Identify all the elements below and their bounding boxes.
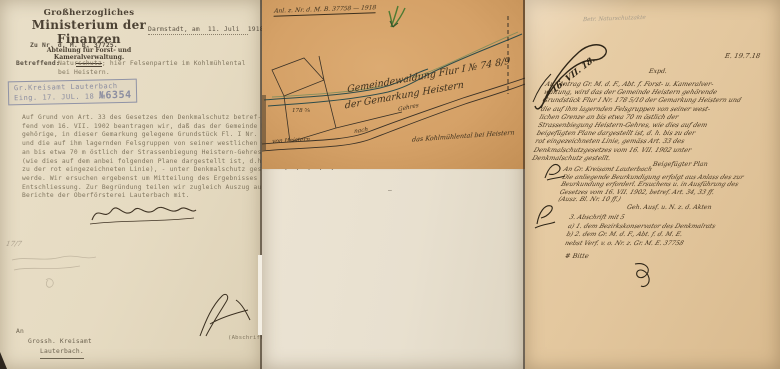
text-line: Entschliessung. Zur Begründung teilen wi… [22,184,256,193]
margin-paraph-2 [531,200,557,230]
map-sheet: Anl. z. Nr. d. M. B. 37758 — 1918 Gemein… [262,0,525,169]
text-line: Strassenbiegung Heistern-Gehres, wie die… [537,121,776,129]
text-line: a) 1. dem Bezirkskonservator des Denkmal… [566,223,780,232]
pencil-scribble [10,252,100,292]
address-office: Grossh. Kreisamt [28,338,92,347]
text-line: gehörige, in dieser Gemarkung gelegene G… [22,131,256,140]
text-line: Denkmalschutzgesetzes vom 16. VII. 1902 … [532,146,771,154]
corner-note: Betr. Naturschutzakte [583,15,646,23]
scan-dark-corner [0,352,7,369]
letter-page-left: Großherzogliches Ministerium der Finanze… [0,0,262,369]
separator-dash: — [388,186,392,195]
received-date: E. 19.7.18 [724,52,761,60]
decree-text: Auf Antrag Gr. M. d. F., Abt. f. Forst- … [532,80,780,162]
text-line: werde. Wir ersuchen ergebenst um Mitteil… [22,175,256,184]
address-an: An [16,328,24,337]
text-line: (wie dies auf dem anbei folgenden Plane … [22,158,256,167]
parcel-number: 178 ⅝ [292,108,310,114]
expedited-note: Expd. [648,68,667,75]
address-city: Lauterbach. [40,348,84,359]
text-line: Auf Antrag Gr. M. d. F., Abt. f. Forst- … [544,80,780,88]
text-line: an bis etwa 70 m östlich der Strassenbie… [22,149,256,158]
ausfertigung-note: Geh. Ausf. u. N. z. d. Akten [626,204,712,211]
bitte-note: # Bitte [564,252,589,260]
document-scan: Großherzogliches Ministerium der Finanze… [0,0,780,369]
entry-stamp: Gr.Kreisamt Lauterbach Eing. 17. JUL. 18… [8,79,138,106]
pencil-note: 17/7 [5,240,22,248]
text-line: nebst Verf. v. o. Nr. z. Gr. M. E. 37758 [563,240,780,249]
text-line: zu der rot eingezeichneten Linie), - unt… [22,166,256,175]
text-line: fend vom 16. VII. 1902 beantragen wir, d… [22,123,256,132]
dispatch-list: 3. Abschrift mit 5a) 1. dem Bezirkskonse… [564,214,780,248]
text-line: und die auf ihm lagernden Felsgruppen vo… [22,140,256,149]
signature-scribble [88,200,198,228]
kreisamt-text: An Gr. Kreisamt LauterbachDie anliegende… [558,166,780,204]
text-line: Beurkundung erforderl. Ersuchens u. in A… [560,181,780,189]
draft-page-right: Betr. Naturschutzakte 16. VII. 18. E. 19… [525,0,780,369]
date-underline [148,34,248,35]
letterhead-line1: Großherzogliches [14,8,164,18]
reference-number: Zu Nr. d. M. B. 37725. [30,42,118,51]
excerpt-page-middle: Auszugsweise Abschrift. Ministerium der … [262,0,525,369]
subject-text: Naturschutz; hier Felsenpartie im Kohlmü… [58,60,256,77]
text-line: An Gr. Kreisamt Lauterbach [562,166,780,174]
text-line: Grundstück Flur I Nr. 178 5/10 der Gemar… [541,96,780,104]
text-line: 3. Abschrift mit 5 [568,214,780,223]
text-line: lichen Grenze an bis etwa 70 m östlich d… [538,113,777,121]
text-line: (Ausz. Bl. Nr. 10 ff.) [557,196,780,204]
text-line: rot eingezeichneten Linie, gemäss Art. 3… [534,137,773,145]
subject-label: Betreffend: [16,60,60,69]
text-line: die auf ihm lagernden Felsgruppen von se… [540,105,779,113]
text-line: Auf Grund von Art. 33 des Gesetzes den D… [22,114,256,123]
stamp-number: №6354 [99,90,132,102]
stamp-date-text: Eing. 17. JUL. 18 [14,93,94,103]
letter-body: Auf Grund von Art. 33 des Gesetzes den D… [22,114,256,201]
stamp-date: Eing. 17. JUL. 18 №6354 [14,90,132,103]
text-line: b) 2. dem Gr. M. d. F., Abt. f. d. M. E. [565,231,780,240]
bottom-paraph [625,258,659,292]
